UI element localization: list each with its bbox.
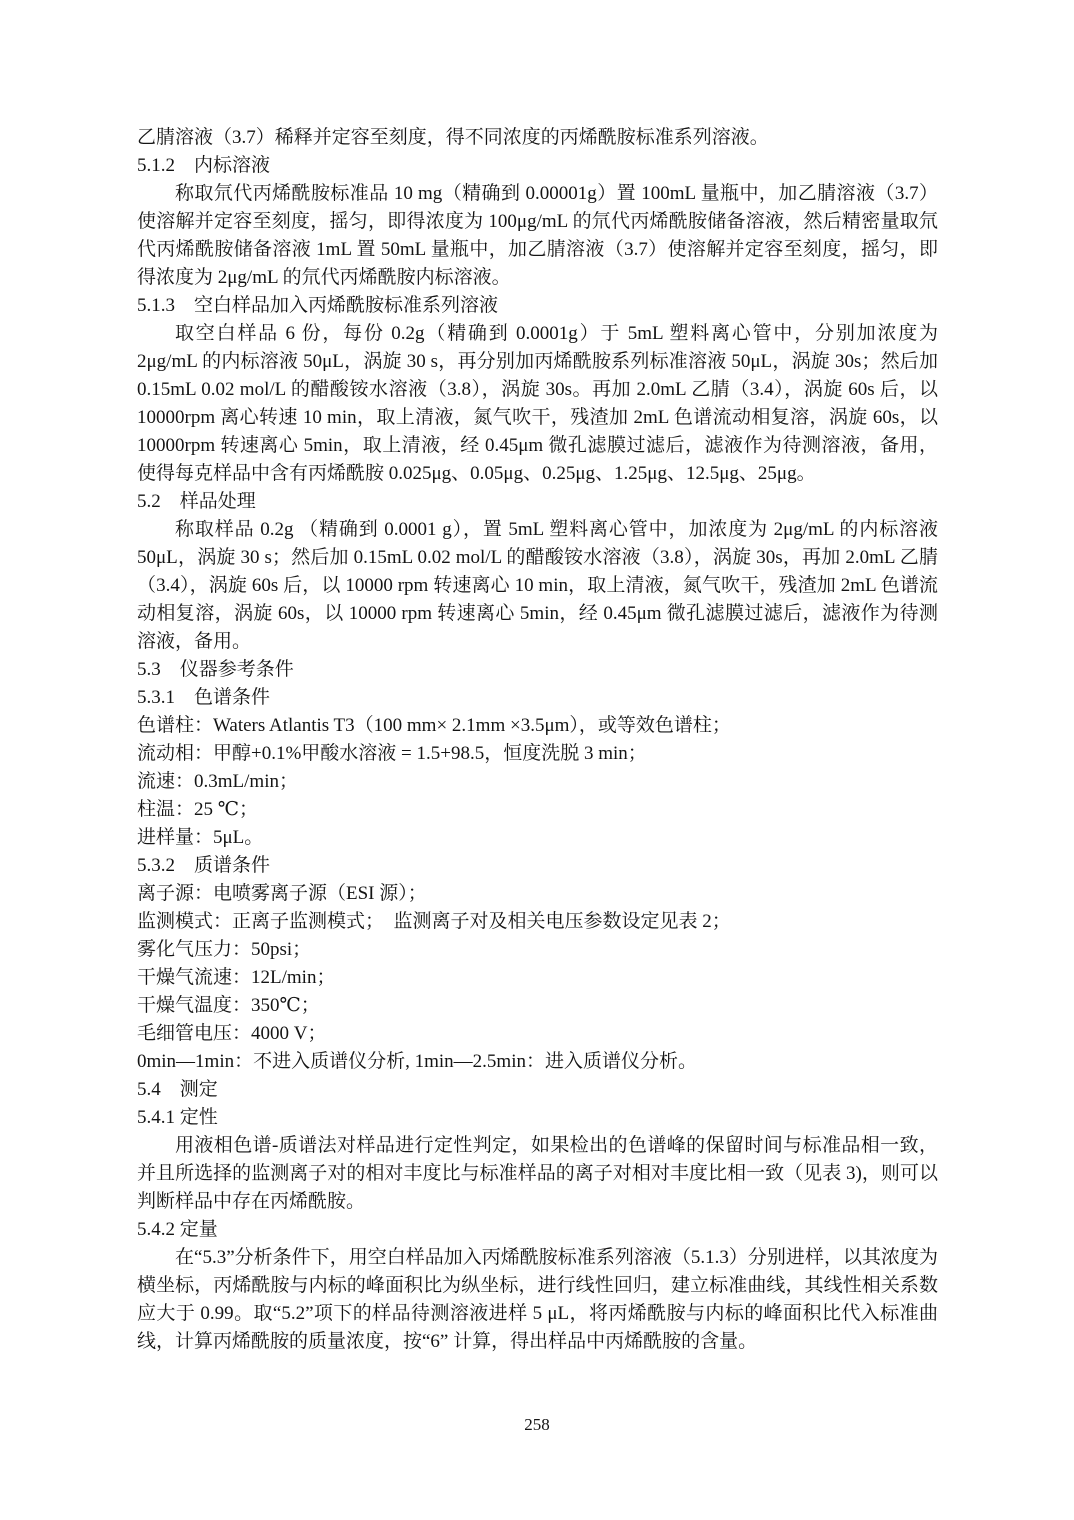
- section-heading: 5.1.2 内标溶液: [137, 152, 938, 180]
- paragraph: 称取氘代丙烯酰胺标准品 10 mg（精确到 0.00001g）置 100mL 量…: [137, 180, 938, 292]
- paragraph: 称取样品 0.2g （精确到 0.0001 g），置 5mL 塑料离心管中，加浓…: [137, 516, 938, 656]
- document-body: 乙腈溶液（3.7）稀释并定容至刻度，得不同浓度的丙烯酰胺标准系列溶液。5.1.2…: [137, 124, 938, 1356]
- paragraph: 监测模式：正离子监测模式； 监测离子对及相关电压参数设定见表 2；: [137, 908, 938, 936]
- paragraph: 取空白样品 6 份，每份 0.2g（精确到 0.0001g）于 5mL 塑料离心…: [137, 320, 938, 488]
- paragraph: 进样量：5μL。: [137, 824, 938, 852]
- document-page: 乙腈溶液（3.7）稀释并定容至刻度，得不同浓度的丙烯酰胺标准系列溶液。5.1.2…: [0, 0, 1074, 1520]
- paragraph: 毛细管电压：4000 V；: [137, 1020, 938, 1048]
- paragraph: 干燥气流速：12L/min；: [137, 964, 938, 992]
- page-number: 258: [0, 1414, 1074, 1436]
- section-heading: 5.2 样品处理: [137, 488, 938, 516]
- section-heading: 5.4.2 定量: [137, 1216, 938, 1244]
- paragraph: 干燥气温度：350℃；: [137, 992, 938, 1020]
- section-heading: 5.4 测定: [137, 1076, 938, 1104]
- paragraph: 雾化气压力：50psi；: [137, 936, 938, 964]
- paragraph: 0min—1min：不进入质谱仪分析, 1min—2.5min：进入质谱仪分析。: [137, 1048, 938, 1076]
- paragraph: 离子源：电喷雾离子源（ESI 源）；: [137, 880, 938, 908]
- paragraph: 乙腈溶液（3.7）稀释并定容至刻度，得不同浓度的丙烯酰胺标准系列溶液。: [137, 124, 938, 152]
- paragraph: 在“5.3”分析条件下，用空白样品加入丙烯酰胺标准系列溶液（5.1.3）分别进样…: [137, 1244, 938, 1356]
- paragraph: 流速：0.3mL/min；: [137, 768, 938, 796]
- paragraph: 用液相色谱-质谱法对样品进行定性判定，如果检出的色谱峰的保留时间与标准品相一致，…: [137, 1132, 938, 1216]
- section-heading: 5.4.1 定性: [137, 1104, 938, 1132]
- paragraph: 流动相：甲醇+0.1%甲酸水溶液 = 1.5+98.5，恒度洗脱 3 min；: [137, 740, 938, 768]
- section-heading: 5.1.3 空白样品加入丙烯酰胺标准系列溶液: [137, 292, 938, 320]
- section-heading: 5.3 仪器参考条件: [137, 656, 938, 684]
- section-heading: 5.3.2 质谱条件: [137, 852, 938, 880]
- paragraph: 柱温：25 ℃；: [137, 796, 938, 824]
- paragraph: 色谱柱：Waters Atlantis T3（100 mm× 2.1mm ×3.…: [137, 712, 938, 740]
- section-heading: 5.3.1 色谱条件: [137, 684, 938, 712]
